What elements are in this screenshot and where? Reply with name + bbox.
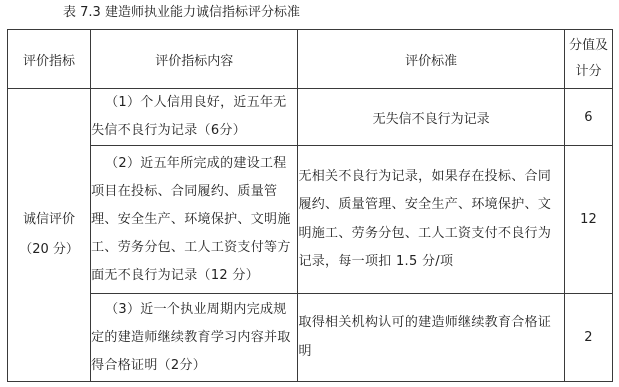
category-cell: 诚信评价 （20 分） xyxy=(8,89,91,382)
row-score: 12 xyxy=(564,146,612,294)
row-criteria: 无相关不良行为记录，如果存在投标、合同履约、质量管理、安全生产、环境保护、文明施… xyxy=(298,146,564,294)
table-row: （2）近五年所完成的建设工程项目在投标、合同履约、质量管理、安全生产、环境保护、… xyxy=(8,146,613,294)
header-score-line2: 计分 xyxy=(565,59,612,85)
header-indicator: 评价指标 xyxy=(8,30,91,89)
header-content: 评价指标内容 xyxy=(91,30,298,89)
table-row: 诚信评价 （20 分） （1）个人信用良好，近五年无失信不良行为记录（6分） 无… xyxy=(8,89,613,146)
table-caption: 表 7.3 建造师执业能力诚信指标评分标准 xyxy=(63,4,300,22)
header-score-line1: 分值及 xyxy=(565,33,612,59)
integrity-scoring-table: 评价指标 评价指标内容 评价标准 分值及 计分 诚信评价 （20 分） （1）个… xyxy=(7,29,613,382)
table-row: （3）近一个执业周期内完成规定的建造师继续教育学习内容并取得合格证明（2分） 取… xyxy=(8,294,613,382)
row-score: 2 xyxy=(564,294,612,382)
table-header-row: 评价指标 评价指标内容 评价标准 分值及 计分 xyxy=(8,30,613,89)
row-score: 6 xyxy=(564,89,612,146)
row-content: （1）个人信用良好，近五年无失信不良行为记录（6分） xyxy=(91,89,298,146)
category-points: （20 分） xyxy=(8,235,90,265)
row-content: （2）近五年所完成的建设工程项目在投标、合同履约、质量管理、安全生产、环境保护、… xyxy=(91,146,298,294)
header-criteria: 评价标准 xyxy=(298,30,564,89)
row-criteria: 无失信不良行为记录 xyxy=(298,89,564,146)
category-name: 诚信评价 xyxy=(8,205,90,235)
row-content: （3）近一个执业周期内完成规定的建造师继续教育学习内容并取得合格证明（2分） xyxy=(91,294,298,382)
header-score: 分值及 计分 xyxy=(564,30,612,89)
row-criteria: 取得相关机构认可的建造师继续教育合格证明 xyxy=(298,294,564,382)
